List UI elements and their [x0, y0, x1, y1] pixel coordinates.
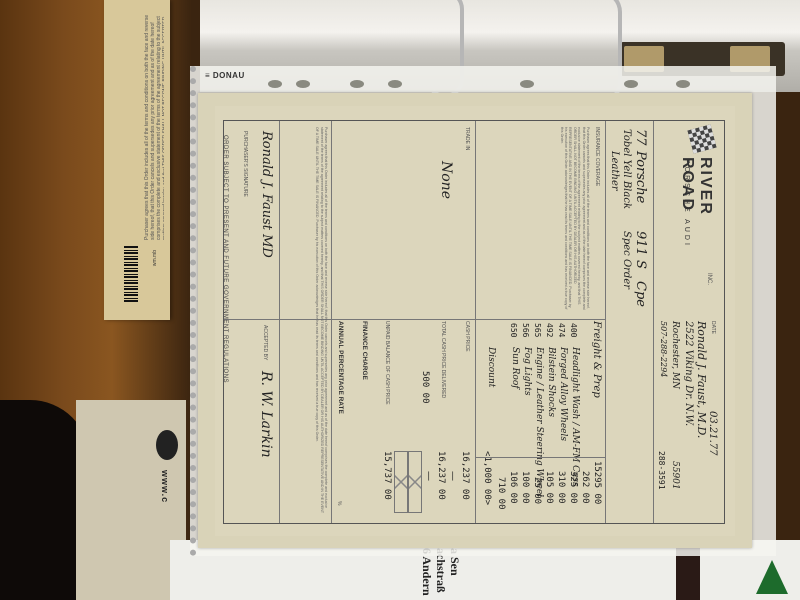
- discount-amount: <1,000 00>: [482, 451, 492, 505]
- line-item-desc: Headlight Wash / AM-FM Cass: [570, 347, 580, 487]
- divider: [475, 121, 476, 523]
- dash: —: [423, 471, 434, 481]
- dealer-suffix: INC.: [706, 273, 712, 285]
- dash: —: [447, 471, 458, 481]
- line-item-amount: 262 00: [580, 471, 590, 504]
- crossed-box: [408, 451, 422, 513]
- purchaser-phone: 507-288-2294: [659, 321, 668, 377]
- percent-sign: %: [336, 501, 342, 505]
- column-divider: [224, 319, 280, 320]
- vehicle-color: Tobel Yell Black: [621, 129, 632, 209]
- total-label: TOTAL CASH PRICE DELIVERED: [440, 321, 446, 398]
- purchaser-address: 2522 Viking Dr. N.W.: [683, 321, 694, 426]
- dealer-header: RIVER ROAD INC. PORSCHE AUDI: [658, 127, 718, 257]
- crossed-box: [394, 451, 408, 513]
- purchaser-signature: Ronald J. Faust MD: [259, 131, 274, 258]
- finance-charge-label: FINANCE CHARGE: [361, 321, 368, 380]
- line-item-amount: 105 00: [544, 471, 554, 504]
- line-item-desc: Discount: [486, 347, 496, 387]
- envelope: Purchaser agrees that this Order include…: [104, 0, 170, 320]
- catalog-url: www.c: [160, 470, 170, 503]
- line-item-desc: Sun Roof: [510, 347, 520, 389]
- date-label: Date: [710, 321, 716, 334]
- purchaser-city: Rochester, MN: [670, 321, 680, 389]
- vehicle-year: 77: [633, 129, 648, 146]
- dealer-signature: R. W. Larkin: [258, 371, 274, 458]
- accepted-by-label: ACCEPTED BY: [262, 325, 268, 360]
- purchaser-signature-label: PURCHASER'S SIGNATURE: [242, 131, 248, 197]
- option-code: 565: [533, 323, 542, 337]
- punch-hole: [520, 80, 534, 88]
- option-code: 650: [509, 323, 518, 337]
- insurance-fine-print: Purchaser agrees that this Order include…: [490, 127, 590, 313]
- option-code: 474: [557, 323, 566, 337]
- checkered-flag-icon: [687, 124, 716, 153]
- envelope-label: wm.mb: [152, 250, 158, 266]
- amount-column-divider: [476, 457, 606, 458]
- option-code: 566: [521, 323, 530, 337]
- dealer-makes: PORSCHE AUDI: [683, 159, 690, 248]
- tree-icon: [756, 560, 788, 594]
- line-item-amount: 310 00: [556, 471, 566, 504]
- vehicle-note: Spec Order: [621, 231, 632, 289]
- option-code: 492: [545, 323, 554, 337]
- trade-in-value: None: [438, 161, 454, 199]
- column-divider: [224, 319, 606, 320]
- punch-hole: [388, 80, 402, 88]
- binder-brand: DONAU: [205, 71, 245, 80]
- line-item-desc: Bilstein Shocks: [546, 347, 556, 417]
- punch-hole: [296, 80, 310, 88]
- line-item-amount: 106 00: [508, 471, 518, 504]
- punch-hole: [676, 80, 690, 88]
- total-cash-price: 16,237 00: [436, 451, 446, 500]
- vehicle-body: Cpe: [633, 281, 648, 307]
- punch-hole: [350, 80, 364, 88]
- punch-hole: [268, 80, 282, 88]
- punch-hole: [624, 80, 638, 88]
- envelope-text: Purchaser agrees that this Order include…: [144, 10, 164, 240]
- line-item-amount: 15295 00: [592, 461, 602, 504]
- catalog-logo-icon: [156, 430, 178, 460]
- annual-rate-label: ANNUAL PERCENTAGE RATE: [337, 321, 344, 414]
- divider: [331, 121, 332, 523]
- cash-price: 16,237 00: [460, 451, 470, 500]
- terms-fine-print: Purchaser agrees that this Order include…: [284, 127, 328, 517]
- order-form: RIVER ROAD INC. PORSCHE AUDI Date 03.21.…: [223, 120, 725, 524]
- deposit-amount: 500 00: [420, 371, 430, 404]
- vehicle-make: Porsche: [633, 151, 648, 203]
- unpaid-balance: 15,737 00: [382, 451, 392, 500]
- line-item-desc: Forged Alloy Wheels: [558, 347, 568, 441]
- trade-in-label: TRADE IN: [464, 127, 470, 150]
- purchase-order: RIVER ROAD INC. PORSCHE AUDI Date 03.21.…: [215, 106, 735, 536]
- line-item-amount: 710 00: [496, 477, 506, 510]
- divider: [653, 121, 654, 523]
- line-item-desc: Fog Lights: [522, 347, 532, 395]
- barcode-icon: [124, 246, 138, 302]
- line-item-amount: 325 00: [568, 471, 578, 504]
- purchase-order-page: RIVER ROAD INC. PORSCHE AUDI Date 03.21.…: [198, 93, 752, 548]
- purchaser-zip: 55901: [670, 461, 680, 490]
- vehicle-model: 911 S: [633, 231, 648, 269]
- cash-price-label: CASH PRICE: [464, 321, 470, 352]
- order-date: 03.21.77: [707, 411, 718, 456]
- unpaid-label: UNPAID BALANCE OF CASH PRICE: [384, 321, 390, 405]
- vehicle-trim: Leather: [609, 151, 620, 191]
- divider: [279, 121, 280, 523]
- form-footer: ORDER SUBJECT TO PRESENT AND FUTURE GOVE…: [222, 135, 228, 383]
- line-item-amount: 25 00: [532, 477, 542, 504]
- insurance-label: INSURANCE COVERAGE: [594, 127, 600, 186]
- line-item-desc: Freight & Prep: [591, 321, 602, 398]
- option-code: 400: [569, 323, 578, 337]
- purchaser-name: Ronald J. Faust, M.D.: [695, 321, 708, 438]
- divider: [605, 121, 606, 523]
- line-item-desc: Engine / Leather Steering Wheel: [534, 347, 544, 497]
- line-item-amount: 100 00: [520, 471, 530, 504]
- business-phone: 288-3591: [657, 451, 666, 490]
